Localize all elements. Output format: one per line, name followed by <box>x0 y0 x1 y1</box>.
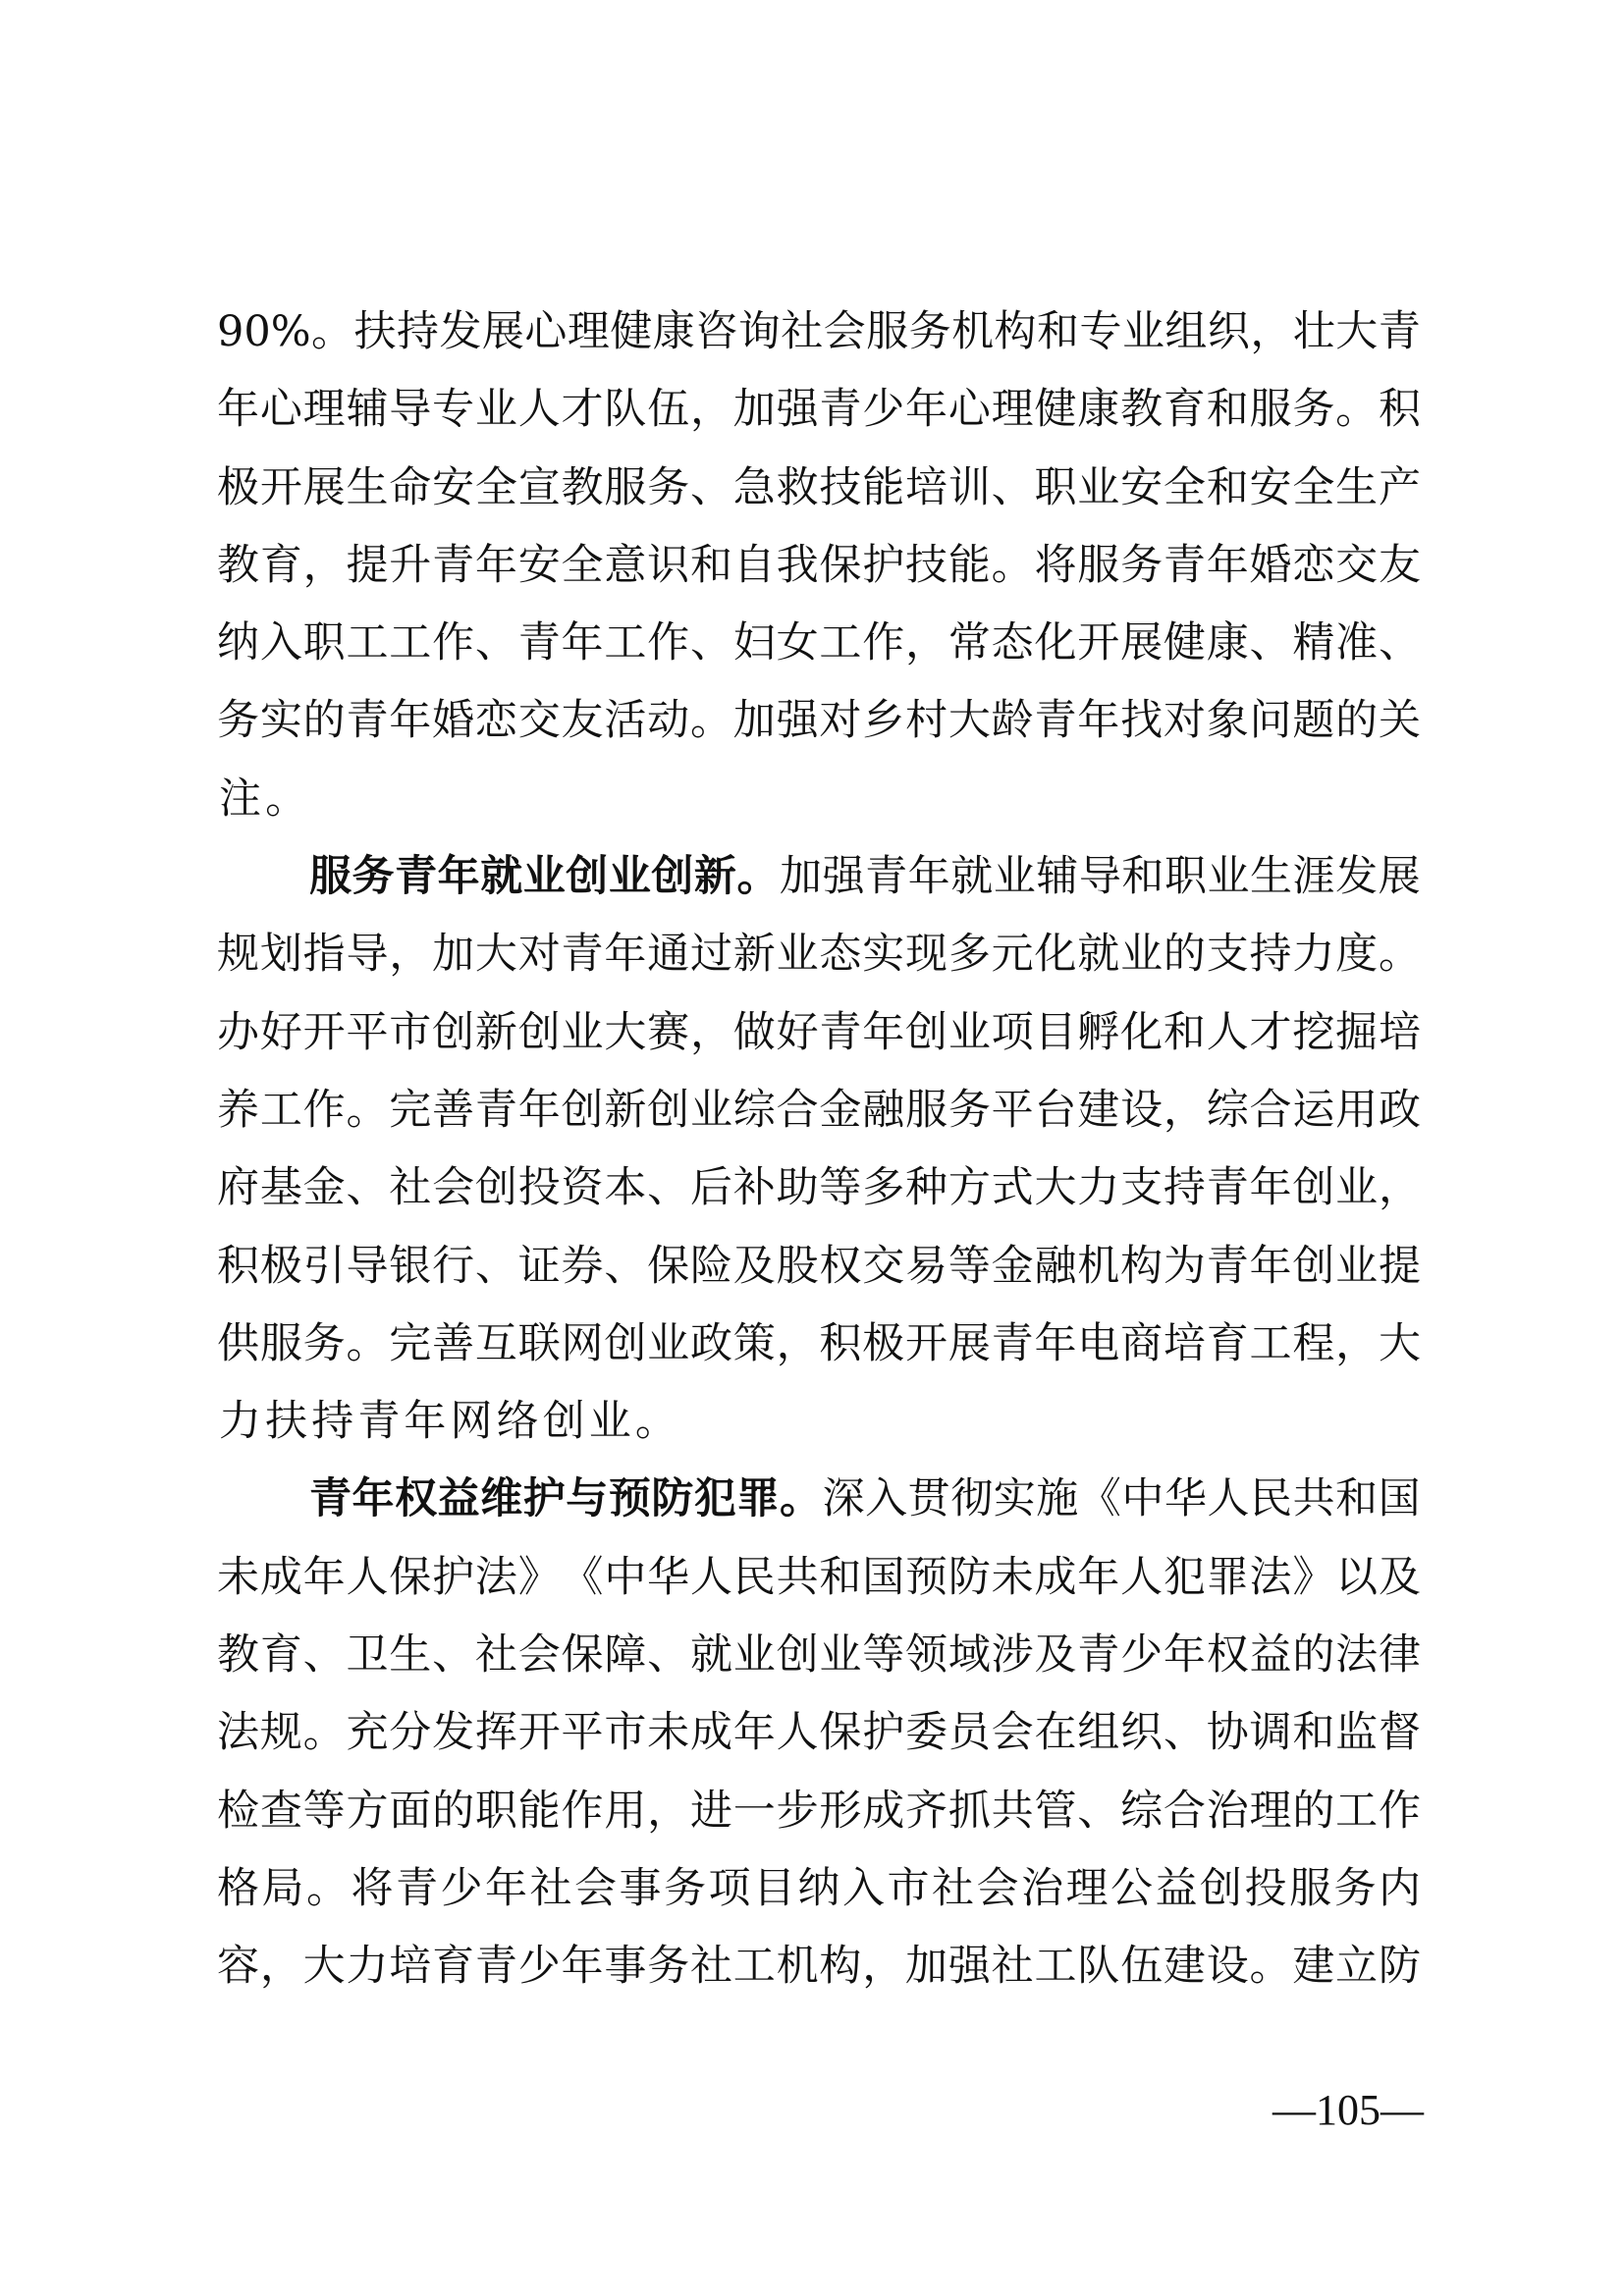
text-char: 大 <box>604 1001 646 1079</box>
text-char: 培 <box>905 456 947 534</box>
text-char: 创 <box>518 1001 561 1079</box>
paragraph-heading-line: 服务青年就业创业创新。加强青年就业辅导和职业生涯发展 <box>217 845 1421 923</box>
text-char: 投 <box>1245 1857 1287 1935</box>
text-char: 青 <box>1164 534 1206 612</box>
text-char: 常 <box>948 612 991 689</box>
text-char: 力 <box>1077 1156 1119 1234</box>
text-char: 年 <box>303 1546 346 1624</box>
text-char: 》 <box>1292 1546 1334 1624</box>
text-char: 开 <box>1077 612 1119 689</box>
text-char: 大 <box>948 689 991 767</box>
text-char: 服 <box>866 300 908 378</box>
text-char: 共 <box>1293 1468 1335 1545</box>
text-char: 服 <box>1250 378 1292 455</box>
text-char: 业 <box>1122 300 1164 378</box>
text-char: 能 <box>518 1780 561 1857</box>
text-char: 运 <box>1292 1079 1334 1156</box>
text-char: 供 <box>217 1312 259 1390</box>
text-char: 建 <box>1164 1935 1206 2012</box>
text-char: 年 <box>475 534 517 612</box>
text-char: 善 <box>432 1079 474 1156</box>
text-char: 安 <box>432 456 474 534</box>
text-char: 持 <box>1164 1156 1206 1234</box>
text-char: 多 <box>948 923 991 1000</box>
text-char: 、 <box>992 456 1034 534</box>
text-char: 成 <box>690 1701 732 1779</box>
text-char: 、 <box>1077 1780 1119 1857</box>
text-char: 积 <box>819 1312 861 1390</box>
text-char: 年 <box>402 1390 448 1468</box>
text-char: 创 <box>777 1624 819 1701</box>
text-char: 保 <box>819 534 861 612</box>
text-char: 域 <box>948 1624 991 1701</box>
text-char: 强 <box>777 689 819 767</box>
text-char: ， <box>389 923 431 1000</box>
text-char: 会 <box>574 1857 617 1935</box>
text-char: 的 <box>1335 689 1378 767</box>
text-char: 技 <box>819 456 861 534</box>
text-char: 少 <box>518 1935 561 2012</box>
text-char: 才 <box>1250 1001 1292 1079</box>
text-char: 年 <box>1034 1312 1076 1390</box>
text-char: 成 <box>1034 1546 1076 1624</box>
text-char: 和 <box>1335 1468 1378 1545</box>
text-char: 网 <box>448 1390 494 1468</box>
text-char: 步 <box>777 1780 819 1857</box>
text-char: 的 <box>432 1780 474 1857</box>
text-char: 业 <box>948 1001 991 1079</box>
text-char: 加 <box>432 923 474 1000</box>
text-char: 的 <box>303 689 346 767</box>
text-char: 赛 <box>647 1001 689 1079</box>
text-char: 。 <box>303 1701 346 1779</box>
text-char: 务 <box>1334 1857 1377 1935</box>
text-char: 法 <box>475 1546 517 1624</box>
text-char: 引 <box>303 1235 346 1312</box>
text-char: 划 <box>260 923 302 1000</box>
text-char: 务 <box>948 1079 991 1156</box>
text-char: ， <box>777 1312 819 1390</box>
text-char: 综 <box>1207 1079 1249 1156</box>
text-char: 创 <box>562 1079 604 1156</box>
text-char: 设 <box>1120 1079 1163 1156</box>
text-char: 规 <box>217 923 259 1000</box>
text-char: 理 <box>568 300 610 378</box>
text-char: 服 <box>604 456 646 534</box>
text-char: 作 <box>647 612 689 689</box>
text-char: 人 <box>1207 1001 1249 1079</box>
text-char: 康 <box>653 300 695 378</box>
text-char: ， <box>1164 1079 1206 1156</box>
heading-char: 服 <box>309 845 352 923</box>
text-char: 强 <box>948 1935 991 2012</box>
text-char: 教 <box>562 456 604 534</box>
text-char: 年 <box>905 378 947 455</box>
text-line: 格局。将青少年社会事务项目纳入市社会治理公益创投服务内 <box>217 1857 1421 1935</box>
text-char: 目 <box>1034 1001 1076 1079</box>
text-char: 、 <box>303 1624 346 1701</box>
text-char: 、 <box>604 1235 646 1312</box>
text-char: 贯 <box>908 1468 950 1545</box>
heading-char: 年 <box>438 845 480 923</box>
text-char: 安 <box>518 534 561 612</box>
text-char: 培 <box>389 1935 431 2012</box>
text-char: 工 <box>1335 1780 1378 1857</box>
text-char: 务 <box>1120 534 1163 612</box>
text-char: 民 <box>733 1546 776 1624</box>
text-char: 事 <box>604 1935 646 2012</box>
text-char: 少 <box>441 1857 483 1935</box>
text-char: 。 <box>346 1079 388 1156</box>
text-char: 职 <box>303 612 346 689</box>
text-char: 和 <box>1164 1001 1206 1079</box>
text-char: 青 <box>475 1935 517 2012</box>
text-char: 。 <box>690 689 732 767</box>
text-char: 会 <box>824 300 866 378</box>
text-char: 社 <box>530 1857 572 1935</box>
text-char: 交 <box>518 689 561 767</box>
text-char: 强 <box>777 378 819 455</box>
text-char: 人 <box>1207 1468 1249 1545</box>
text-char: 对 <box>1164 689 1206 767</box>
text-char: 务 <box>217 689 259 767</box>
text-char: 互 <box>475 1312 517 1390</box>
text-char: 指 <box>303 923 346 1000</box>
text-char: 平 <box>992 1079 1034 1156</box>
text-char: 才 <box>562 378 604 455</box>
text-char: 教 <box>217 534 259 612</box>
text-char: 开 <box>905 1312 947 1390</box>
text-char: 开 <box>303 1001 346 1079</box>
text-char: 极 <box>260 1235 302 1312</box>
text-char: 《 <box>1079 1468 1121 1545</box>
text-char: 、 <box>432 1624 474 1701</box>
text-char: 入 <box>865 1468 907 1545</box>
text-char: 、 <box>1379 612 1421 689</box>
text-char: 等 <box>948 1235 991 1312</box>
text-char: 深 <box>823 1468 865 1545</box>
text-char: 、 <box>1164 1701 1206 1779</box>
text-char: 青 <box>865 845 907 923</box>
text-char: 健 <box>1034 378 1076 455</box>
text-line: 极开展生命安全宣教服务、急救技能培训、职业安全和安全生产 <box>217 456 1421 534</box>
text-char: 保 <box>819 1701 861 1779</box>
heading-char: 罪 <box>736 1468 779 1545</box>
text-char: 大 <box>475 923 517 1000</box>
text-char: 实 <box>994 1468 1036 1545</box>
text-char: 急 <box>733 456 776 534</box>
text-char: 生 <box>346 456 388 534</box>
text-char: 式 <box>992 1156 1034 1234</box>
text-char: 员 <box>948 1701 991 1779</box>
text-line: 未成年人保护法》《中华人民共和国预防未成年人犯罪法》以及 <box>217 1546 1421 1624</box>
text-char: 《 <box>562 1546 604 1624</box>
text-char: 、 <box>346 1156 388 1234</box>
text-line: 供服务。完善互联网创业政策，积极开展青年电商培育工程，大 <box>217 1312 1421 1390</box>
text-char: 问 <box>1250 689 1292 767</box>
heading-char: 业 <box>523 845 566 923</box>
text-char: 年 <box>862 1001 904 1079</box>
text-char: 未 <box>647 1701 689 1779</box>
text-char: 态 <box>992 612 1034 689</box>
text-char: 友 <box>562 689 604 767</box>
text-char: 我 <box>777 534 819 612</box>
text-char: 政 <box>690 1312 732 1390</box>
text-char: 社 <box>389 1156 431 1234</box>
text-char: 及 <box>733 1235 776 1312</box>
text-char: 提 <box>346 534 388 612</box>
text-char: 市 <box>389 1001 431 1079</box>
text-char: 合 <box>777 1079 819 1156</box>
text-char: 络 <box>495 1390 541 1468</box>
text-char: 养 <box>217 1079 259 1156</box>
text-char: 发 <box>1335 845 1378 923</box>
text-char: 联 <box>518 1312 561 1390</box>
text-char: 善 <box>432 1312 474 1390</box>
text-char: 婚 <box>1250 534 1292 612</box>
heading-char: 业 <box>609 845 651 923</box>
text-char: ， <box>647 1780 689 1857</box>
text-char: 能 <box>948 534 991 612</box>
text-char: 年 <box>1250 1235 1292 1312</box>
text-char: 内 <box>1379 1857 1421 1935</box>
text-char: 综 <box>733 1079 776 1156</box>
text-char: 资 <box>562 1156 604 1234</box>
text-char: 犯 <box>1164 1546 1206 1624</box>
text-char: 掘 <box>1335 1001 1378 1079</box>
text-char: 象 <box>1207 689 1249 767</box>
text-char: 壮 <box>1293 300 1335 378</box>
heading-char: 。 <box>736 845 779 923</box>
text-char: 创 <box>541 1390 587 1468</box>
text-char: 青 <box>1207 1156 1249 1234</box>
text-char: 充 <box>346 1701 388 1779</box>
text-char: 会 <box>992 1701 1034 1779</box>
text-char: 多 <box>862 1156 904 1234</box>
text-char: 等 <box>819 1156 861 1234</box>
text-char: 》 <box>518 1546 561 1624</box>
text-char: 青 <box>1077 1624 1119 1701</box>
text-char: 工 <box>1034 1935 1076 2012</box>
text-char: 理 <box>1250 1780 1292 1857</box>
text-char: 和 <box>1207 456 1249 534</box>
text-char: 恋 <box>1292 534 1334 612</box>
text-char: 大 <box>303 1935 346 2012</box>
heading-char: 防 <box>651 1468 693 1545</box>
text-char: 极 <box>217 456 259 534</box>
text-char: 业 <box>475 378 517 455</box>
text-char: 人 <box>777 1701 819 1779</box>
text-char: 少 <box>862 378 904 455</box>
text-char: 合 <box>1250 1079 1292 1156</box>
text-char: 队 <box>604 378 646 455</box>
text-char: ， <box>1379 1156 1421 1234</box>
text-line: 力扶持青年网络创业。 <box>217 1390 1421 1468</box>
text-char: 恋 <box>475 689 517 767</box>
text-char: 益 <box>1250 1624 1292 1701</box>
text-char: 用 <box>1335 1079 1378 1156</box>
text-char: 力 <box>346 1935 388 2012</box>
text-char: 宣 <box>518 456 561 534</box>
text-char: 管 <box>1034 1780 1076 1857</box>
text-char: 平 <box>346 1001 388 1079</box>
heading-char: 新 <box>694 845 736 923</box>
text-char: 。 <box>311 300 353 378</box>
text-char: 共 <box>992 1780 1034 1857</box>
text-char: 涉 <box>992 1624 1034 1701</box>
text-char: 、 <box>475 1235 517 1312</box>
text-char: 的 <box>1164 923 1206 1000</box>
heading-char: 护 <box>523 1468 566 1545</box>
text-char: 技 <box>905 534 947 612</box>
text-char: 金 <box>992 1235 1034 1312</box>
text-char: 将 <box>352 1857 394 1935</box>
text-char: 度 <box>1335 923 1378 1000</box>
text-char: 分 <box>389 1701 431 1779</box>
text-char: 职 <box>1034 456 1076 534</box>
text-char: 入 <box>842 1857 885 1935</box>
text-char: 就 <box>950 845 993 923</box>
text-char: 青 <box>432 534 474 612</box>
text-char: 业 <box>587 1390 633 1468</box>
text-char: 理 <box>303 378 346 455</box>
text-char: 加 <box>780 845 822 923</box>
text-line: 检查等方面的职能作用，进一步形成齐抓共管、综合治理的工作 <box>217 1780 1421 1857</box>
text-char: 新 <box>604 1079 646 1156</box>
text-char: 社 <box>781 300 823 378</box>
text-char: 生 <box>1250 845 1292 923</box>
text-char: 法 <box>1335 1624 1378 1701</box>
text-char: 中 <box>1121 1468 1164 1545</box>
text-char: 补 <box>733 1156 776 1234</box>
text-char: 人 <box>518 378 561 455</box>
text-char: 青 <box>355 1390 402 1468</box>
text-char: 建 <box>1292 1935 1334 2012</box>
text-char: 孵 <box>1077 1001 1119 1079</box>
text-char: 生 <box>389 1624 431 1701</box>
text-char: 入 <box>260 612 302 689</box>
text-char: 健 <box>610 300 652 378</box>
text-char: 青 <box>475 1079 517 1156</box>
text-char: 化 <box>1120 1001 1163 1079</box>
text-char: 的 <box>1292 1624 1334 1701</box>
text-char: 女 <box>777 612 819 689</box>
text-char: 导 <box>1079 845 1121 923</box>
text-char: 织 <box>1208 300 1250 378</box>
text-char: 创 <box>1292 1235 1334 1312</box>
text-char: 网 <box>562 1312 604 1390</box>
text-char: 和 <box>690 534 732 612</box>
text-char: 青 <box>819 378 861 455</box>
text-char: 策 <box>733 1312 776 1390</box>
text-char: 建 <box>1077 1079 1119 1156</box>
text-char: 等 <box>303 1780 346 1857</box>
text-char: 融 <box>862 1079 904 1156</box>
text-char: 升 <box>389 534 431 612</box>
text-char: 青 <box>1379 300 1421 378</box>
heading-char: 益 <box>438 1468 480 1545</box>
text-char: 实 <box>862 923 904 1000</box>
text-char: 年 <box>1250 1156 1292 1234</box>
text-char: 保 <box>647 1235 689 1312</box>
text-char: 作 <box>562 1780 604 1857</box>
text-char: 未 <box>992 1546 1034 1624</box>
text-char: 。 <box>306 1857 349 1935</box>
document-page: 90%。扶持发展心理健康咨询社会服务机构和专业组织，壮大青 年心理辅导专业人才队… <box>0 0 1624 2296</box>
text-char: 化 <box>1034 923 1076 1000</box>
text-char: 电 <box>1077 1312 1119 1390</box>
text-char: 立 <box>1335 1935 1378 2012</box>
text-char: 机 <box>951 300 994 378</box>
text-char: 和 <box>1037 300 1079 378</box>
text-char: 挥 <box>475 1701 517 1779</box>
text-char: 全 <box>1292 456 1334 534</box>
text-char: 年 <box>1077 689 1119 767</box>
text-char: 教 <box>1120 378 1163 455</box>
text-char: 创 <box>647 1079 689 1156</box>
text-char: 活 <box>604 689 646 767</box>
text-line: 积极引导银行、证券、保险及股权交易等金融机构为青年创业提 <box>217 1235 1421 1312</box>
text-char: 。 <box>992 534 1034 612</box>
text-char: 金 <box>303 1156 346 1234</box>
text-char: 、 <box>690 612 732 689</box>
text-char: 年 <box>908 845 950 923</box>
text-char: 未 <box>217 1546 259 1624</box>
text-char: 大 <box>1034 1156 1076 1234</box>
text-char: 通 <box>647 923 689 1000</box>
text-char: 证 <box>518 1235 561 1312</box>
text-char: 民 <box>1250 1468 1292 1545</box>
text-char: 交 <box>862 1235 904 1312</box>
text-char: 和 <box>1292 1701 1334 1779</box>
text-char: 青 <box>1034 689 1076 767</box>
text-char: 育 <box>432 1935 474 2012</box>
text-char: 展 <box>482 300 524 378</box>
text-char: 导 <box>346 1235 388 1312</box>
text-char: 和 <box>819 1546 861 1624</box>
text-char: 融 <box>1034 1235 1076 1312</box>
text-char: 基 <box>260 1156 302 1234</box>
text-char: 齐 <box>905 1780 947 1857</box>
text-char: 和 <box>1121 845 1164 923</box>
text-char: 保 <box>389 1546 431 1624</box>
text-char: 辅 <box>1036 845 1078 923</box>
text-char: 青 <box>1207 1235 1249 1312</box>
text-char: 格 <box>217 1857 259 1935</box>
text-char: 提 <box>1379 1235 1421 1312</box>
text-char: 支 <box>1120 1156 1163 1234</box>
text-char: 救 <box>777 456 819 534</box>
heading-char: 创 <box>566 845 608 923</box>
text-char: 进 <box>690 1780 732 1857</box>
text-char: 村 <box>905 689 947 767</box>
text-char: 国 <box>1379 1468 1421 1545</box>
text-char: 找 <box>1120 689 1163 767</box>
text-char: 作 <box>432 612 474 689</box>
text-char: 导 <box>346 923 388 1000</box>
text-char: 人 <box>1120 1546 1163 1624</box>
heading-char: 权 <box>395 1468 437 1545</box>
body-text: 90%。扶持发展心理健康咨询社会服务机构和专业组织，壮大青 年心理辅导专业人才队… <box>217 300 1421 2013</box>
text-char: 服 <box>905 1079 947 1156</box>
text-char: 自 <box>733 534 776 612</box>
text-char: 龄 <box>992 689 1034 767</box>
text-char: 展 <box>303 456 346 534</box>
text-char: ， <box>905 612 947 689</box>
text-char: 彻 <box>950 1468 993 1545</box>
text-char: 准 <box>1335 612 1378 689</box>
text-char: 业 <box>1120 923 1163 1000</box>
